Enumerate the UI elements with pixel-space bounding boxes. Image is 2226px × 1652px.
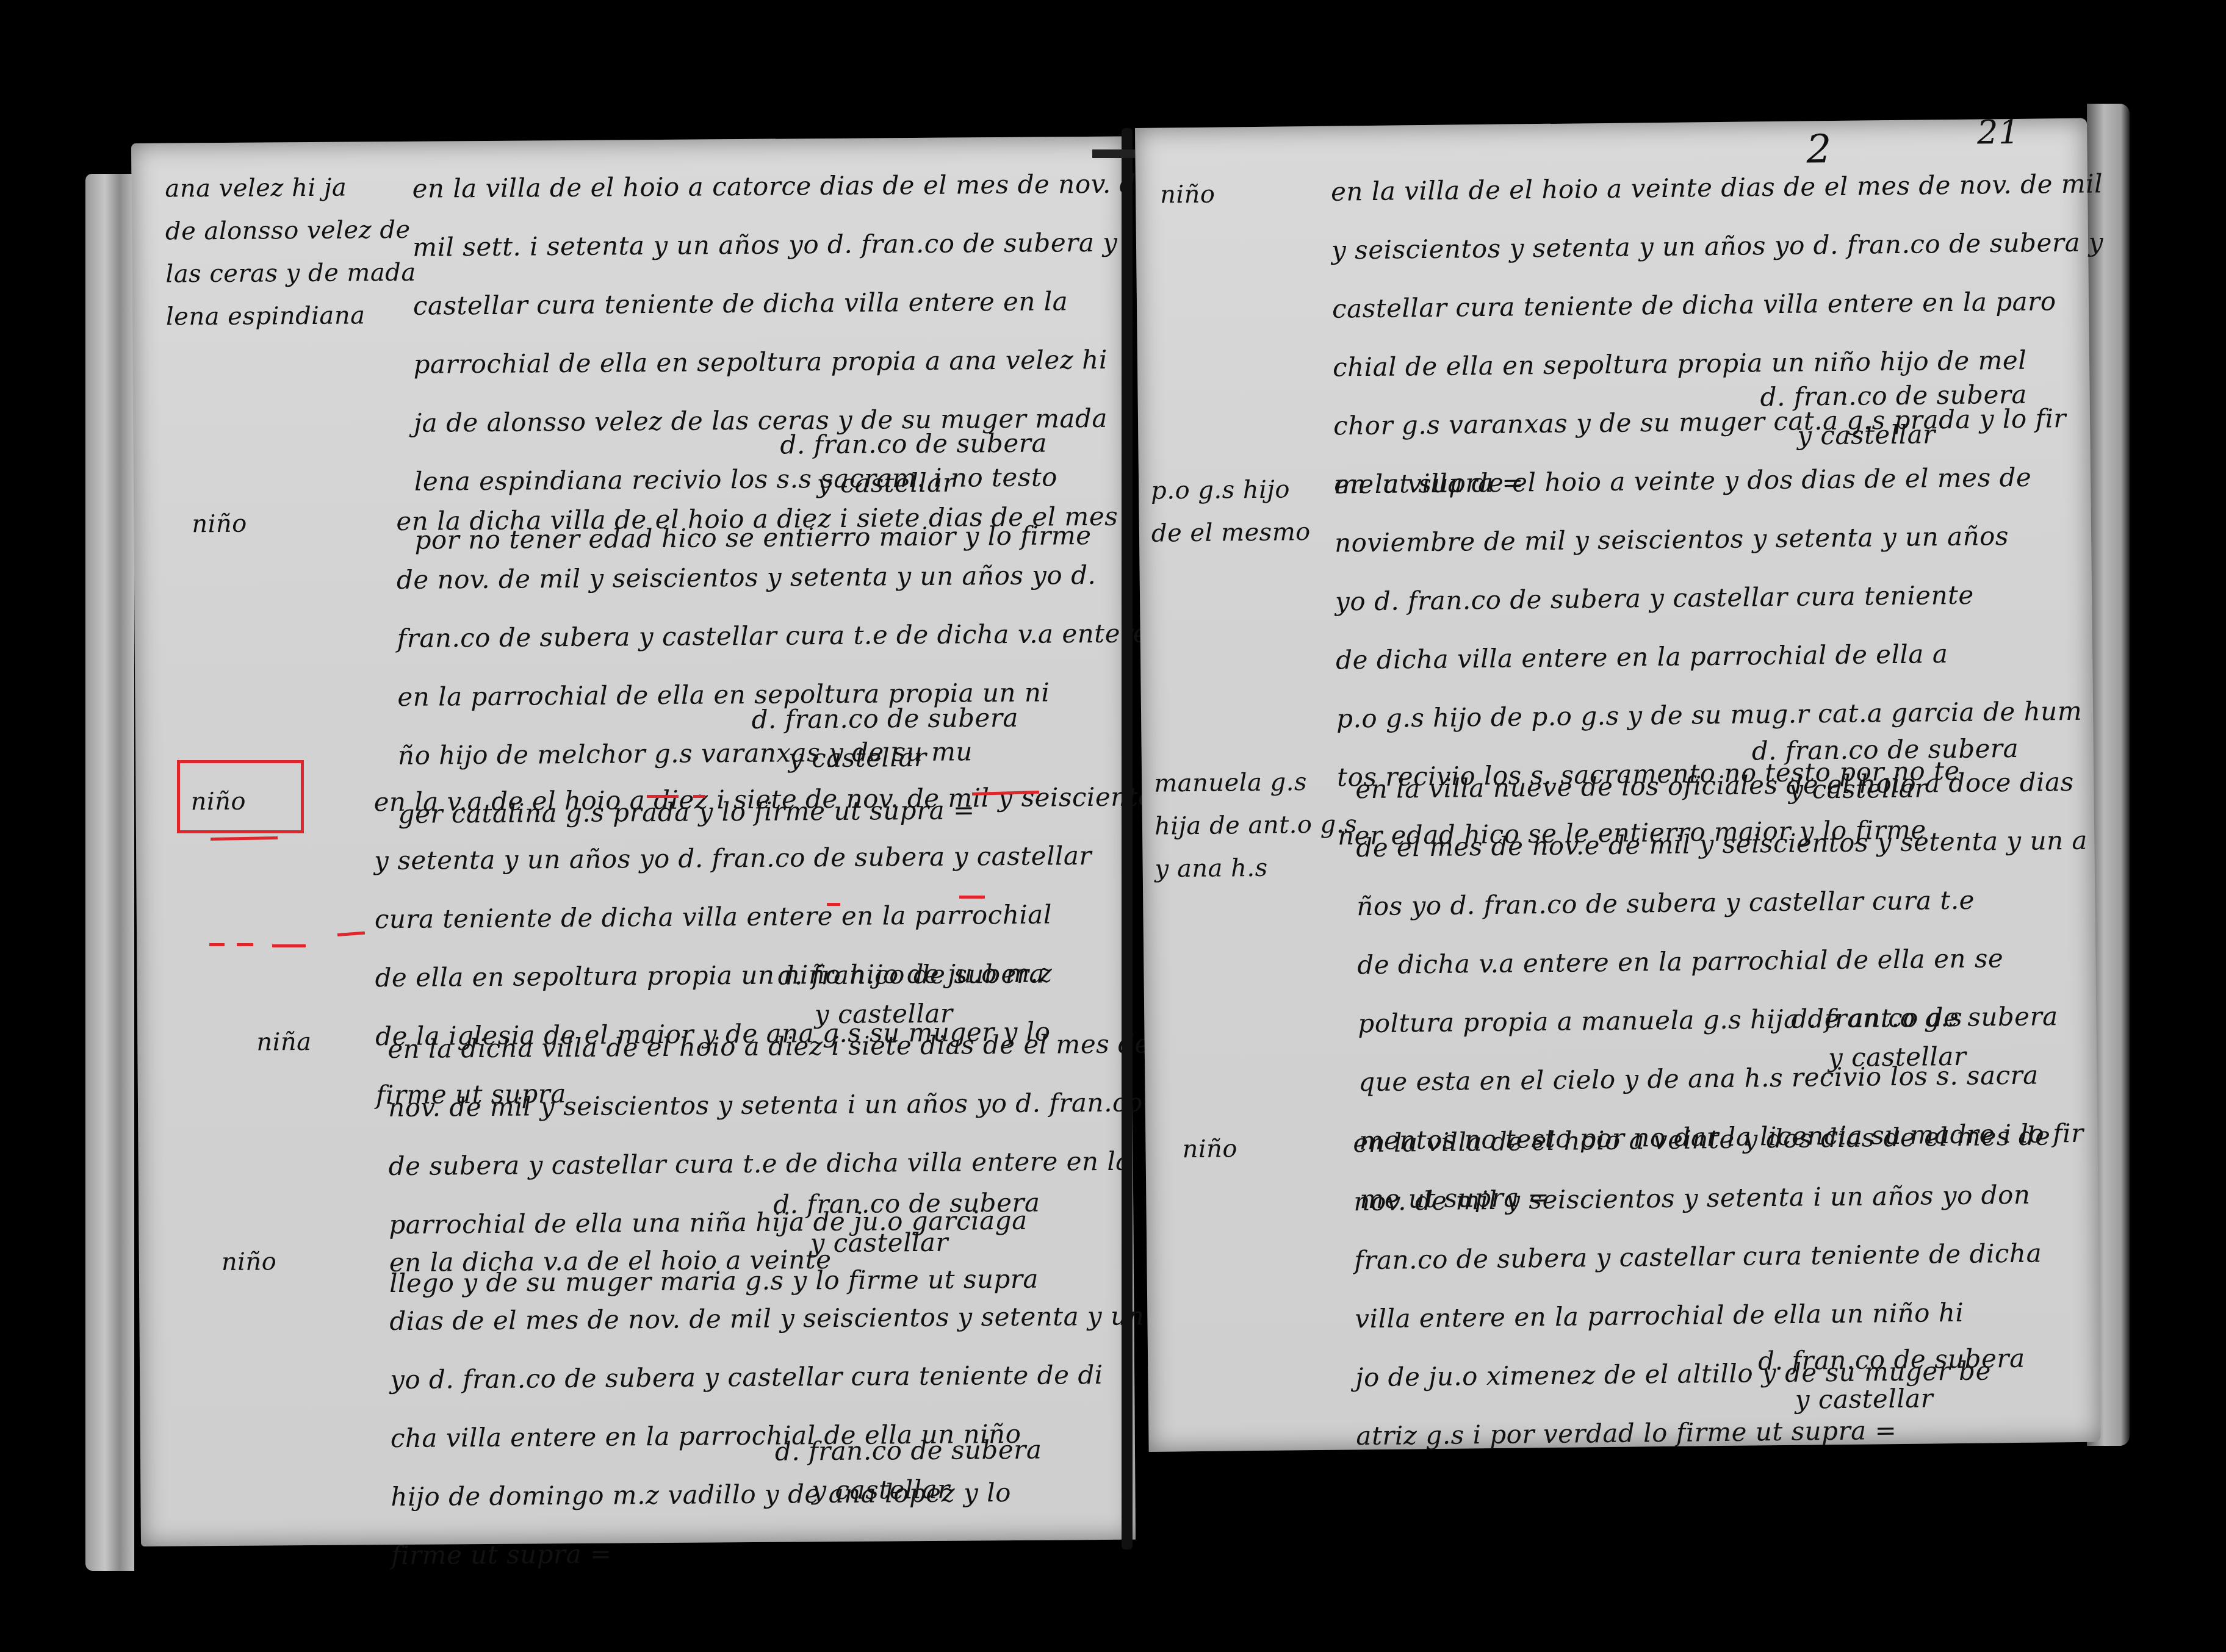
signature-line: y castellar bbox=[1759, 1378, 2026, 1420]
signature-r-entry-1: d. fran.co de subera y castellar bbox=[1760, 375, 2028, 456]
left-page-stack-edge bbox=[85, 174, 134, 1571]
margin-note-entry-5: niño bbox=[222, 1240, 277, 1284]
margin-line: niño bbox=[1160, 173, 1216, 217]
signature-r-entry-3: d. fran.co de subera y castellar bbox=[1791, 997, 2059, 1078]
entry-line: fran.co de subera y castellar cura t.e d… bbox=[397, 604, 1148, 668]
page-number: 21 bbox=[1977, 113, 2020, 152]
signature-line: d. fran.co de subera bbox=[1791, 997, 2058, 1039]
margin-line: y ana h.s bbox=[1154, 846, 1358, 890]
margin-line: de alonsso velez de bbox=[165, 209, 416, 253]
entry-line: de nov. de mil y seiscientos y setenta y… bbox=[397, 545, 1148, 609]
margin-note-entry-2: niño bbox=[192, 503, 247, 546]
spine-clip bbox=[1092, 149, 1135, 158]
entry-line: castellar cura teniente de dicha villa e… bbox=[413, 271, 1153, 335]
margin-line: niño bbox=[192, 503, 247, 546]
signature-line: y castellar bbox=[775, 1470, 1042, 1510]
entry-line: yo d. fran.co de subera y castellar cura… bbox=[1335, 565, 2081, 631]
entry-line: en la dicha v.a de el hoio a veinte bbox=[389, 1228, 1214, 1292]
signature-entry-5: d. fran.co de subera y castellar bbox=[775, 1431, 1042, 1510]
margin-line: p.o g.s hijo bbox=[1151, 468, 1311, 512]
entry-line: en la dicha villa de el hoio a diez i si… bbox=[396, 487, 1148, 551]
entry-line: fran.co de subera y castellar cura tenie… bbox=[1354, 1224, 2052, 1290]
signature-line: d. fran.co de subera bbox=[751, 699, 1018, 739]
annotation-box-nino bbox=[177, 760, 304, 833]
signature-entry-2: d. fran.co de subera y castellar bbox=[751, 699, 1018, 778]
underline-iglesia bbox=[237, 943, 253, 946]
underline-juo bbox=[959, 896, 985, 899]
margin-line: lena espindiana bbox=[166, 294, 417, 339]
entry-line: en la villa de el hoio a catorce dias de… bbox=[412, 154, 1151, 218]
entry-line: en la dicha villa de el hoio a diez i si… bbox=[387, 1015, 1150, 1079]
signature-line: d. fran.co de subera bbox=[780, 424, 1047, 465]
signature-r-entry-4: d. fran.co de subera y castellar bbox=[1758, 1339, 2026, 1420]
entry-line: nov. de mil y seiscientos y setenta i un… bbox=[1353, 1165, 2051, 1231]
entry-line: en la villa de el hoio a veinte dias de … bbox=[1331, 154, 2103, 221]
margin-line: manuela g.s bbox=[1154, 760, 1357, 805]
entry-line: mil sett. i setenta y un años yo d. fran… bbox=[412, 213, 1152, 276]
margin-line: hija de ant.o g.s bbox=[1154, 803, 1358, 847]
entry-line: cura teniente de dicha villa entere en l… bbox=[375, 885, 1169, 949]
margin-line: de el mesmo bbox=[1151, 511, 1311, 555]
underline-nino bbox=[827, 903, 840, 906]
entry-line: nov. de mil y seiscientos y setenta i un… bbox=[388, 1073, 1151, 1137]
entry-line: noviembre de mil y seiscientos y setenta… bbox=[1335, 506, 2081, 573]
book-spine-gutter bbox=[1122, 128, 1133, 1550]
right-page: 2 21 niño en la villa de el hoio a veint… bbox=[1135, 118, 2101, 1452]
signature-line: d. fran.co de subera bbox=[773, 1183, 1040, 1224]
entry-line: en la v.a de el hoio a diez i siete de n… bbox=[373, 767, 1167, 831]
margin-note-r-entry-1: niño bbox=[1160, 173, 1216, 217]
entry-line: en la villa de el hoio a veinte y dos di… bbox=[1334, 448, 2080, 514]
margin-note-entry-4: niña bbox=[256, 1021, 312, 1064]
entry-line: de ella en sepoltura propia un niño hijo… bbox=[375, 943, 1169, 1007]
entry-line: villa entere en la parrochial de ella un… bbox=[1355, 1282, 2053, 1348]
entry-line: y seiscientos y setenta y un años yo d. … bbox=[1331, 213, 2104, 279]
margin-note-entry-1: ana velez hi ja de alonsso velez de las … bbox=[165, 166, 416, 339]
margin-line: niño bbox=[222, 1240, 277, 1284]
margin-note-r-entry-2: p.o g.s hijo de el mesmo bbox=[1151, 468, 1311, 555]
underline-de-la bbox=[209, 943, 225, 946]
entry-line: y setenta y un años yo d. fran.co de sub… bbox=[374, 826, 1168, 890]
entry-line: yo d. fran.co de subera y castellar cura… bbox=[390, 1345, 1215, 1409]
entry-line: en la villa nueve de los oficiales de el… bbox=[1355, 753, 2087, 819]
signature-line: y castellar bbox=[1792, 1036, 2059, 1078]
entry-line: de dicha villa entere en la parrochial d… bbox=[1336, 623, 2082, 690]
signature-line: d. fran.co de subera bbox=[1760, 375, 2027, 417]
underline-nov bbox=[693, 795, 705, 798]
underline-el-maior bbox=[272, 944, 306, 947]
entry-line: firme ut supra = bbox=[391, 1521, 1216, 1585]
entry-line: de dicha v.a entere en la parrochial de … bbox=[1357, 928, 2089, 995]
margin-line: niña bbox=[256, 1021, 312, 1064]
entry-line: castellar cura teniente de dicha villa e… bbox=[1332, 271, 2105, 338]
margin-note-r-entry-4: niño bbox=[1182, 1127, 1237, 1171]
margin-line: las ceras y de mada bbox=[165, 251, 416, 296]
entry-5-body: en la dicha v.a de el hoio a veinte dias… bbox=[389, 1228, 1216, 1585]
signature-line: d. fran.co de subera bbox=[775, 1431, 1042, 1471]
margin-line: ana velez hi ja bbox=[165, 166, 416, 210]
underline-diez-i-siete bbox=[647, 795, 679, 798]
signature-line: d. fran.co de subera bbox=[1758, 1339, 2025, 1381]
entry-line: ños yo d. fran.co de subera y castellar … bbox=[1356, 870, 2089, 936]
entry-line: dias de el mes de nov. de mil y seiscien… bbox=[389, 1287, 1214, 1351]
margin-note-r-entry-3: manuela g.s hija de ant.o g.s y ana h.s bbox=[1154, 760, 1358, 890]
signature-line: d. fran.co de subera bbox=[777, 955, 1045, 996]
scanned-register-spread: ana velez hi ja de alonsso velez de las … bbox=[0, 0, 2226, 1652]
entry-line: parrochial de ella en sepoltura propia a… bbox=[413, 330, 1153, 393]
left-page: ana velez hi ja de alonsso velez de las … bbox=[131, 137, 1136, 1546]
entry-line: en la villa de el hoio a veinte y dos di… bbox=[1353, 1107, 2051, 1173]
entry-line: de el mes de nov.e de mil y seiscientos … bbox=[1356, 811, 2088, 878]
margin-line: niño bbox=[1182, 1127, 1237, 1171]
